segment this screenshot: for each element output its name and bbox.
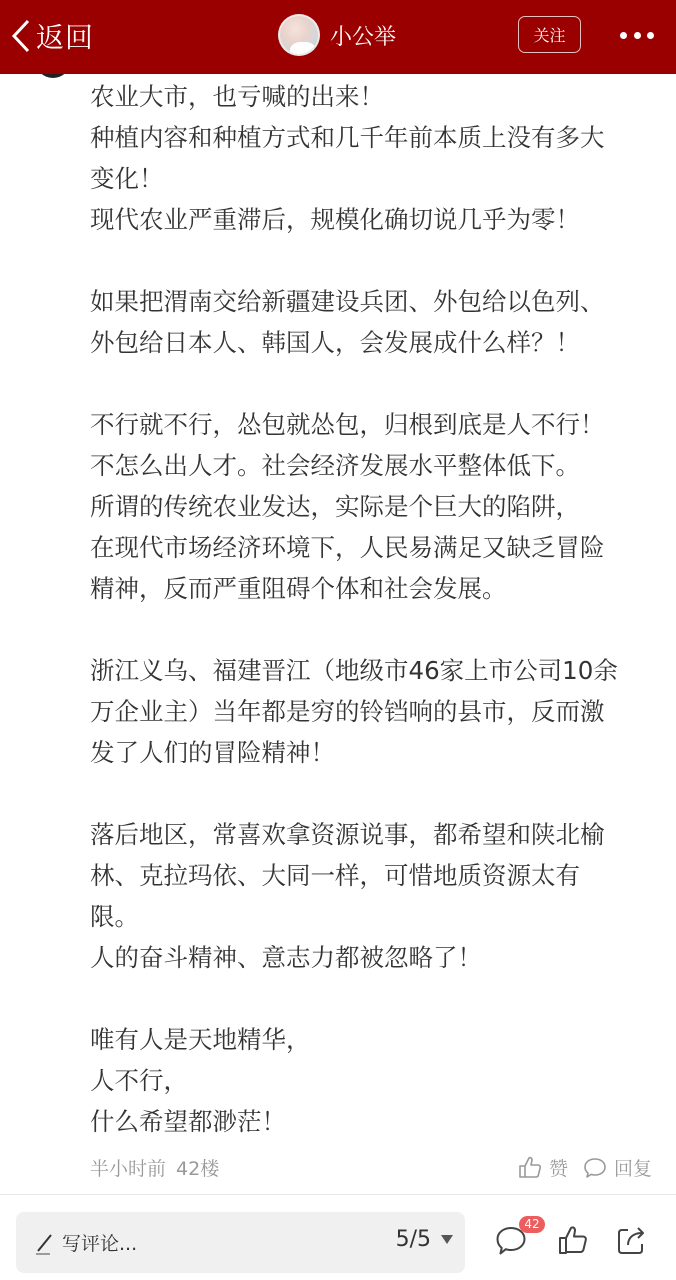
comment-paragraph: 浙江义乌、福建晋江（地级市46家上市公司10余 万企业主）当年都是穷的铃铛响的县… [90,650,650,773]
text-line: 所谓的传统农业发达，实际是个巨大的陷阱， [90,486,650,527]
comment-floor: 42楼 [176,1154,219,1181]
text-line: 限。 [90,896,650,937]
text-line: 万企业主）当年都是穷的铃铛响的县市，反而激 [90,691,650,732]
reply-button[interactable]: 回复 [582,1154,652,1181]
comment-body: 农业大市，也亏喊的出来！ 种植内容和种植方式和几千年前本质上没有多大 变化！ 现… [90,76,650,1142]
back-button[interactable]: 返回 [10,14,94,58]
text-line: 发了人们的冒险精神！ [90,732,650,773]
text-line: 种植内容和种植方式和几千年前本质上没有多大 [90,117,650,158]
follow-button[interactable]: 关注 [518,16,581,53]
thumbs-up-icon [556,1223,590,1257]
like-label: 赞 [549,1154,568,1181]
text-line: 精神，反而严重阻碍个体和社会发展。 [90,568,650,609]
reply-label: 回复 [614,1154,652,1181]
speech-bubble-icon [582,1154,608,1180]
write-comment-input[interactable]: 写评论... 5/5 [16,1212,465,1273]
text-line: 落后地区，常喜欢拿资源说事，都希望和陕北榆 [90,814,650,855]
comment-actions: 赞 回复 [517,1154,652,1181]
page-indicator-text: 5/5 [396,1227,431,1252]
top-navigation-bar: 返回 小公举 关注 [0,0,676,74]
like-button[interactable]: 赞 [517,1154,568,1181]
thumbs-up-icon [517,1154,543,1180]
text-line: 外包给日本人、韩国人，会发展成什么样？！ [90,322,650,363]
author-info[interactable]: 小公举 [278,14,396,56]
bottom-action-bar: 写评论... 5/5 [0,1195,676,1280]
text-line: 人的奋斗精神、意志力都被忽略了！ [90,937,650,978]
text-line: 如果把渭南交给新疆建设兵团、外包给以色列、 [90,281,650,322]
back-label: 返回 [36,16,94,56]
more-horizontal-icon-dot [620,32,627,39]
more-horizontal-icon-dot [647,32,654,39]
text-line: 在现代市场经济环境下，人民易满足又缺乏冒险 [90,527,650,568]
comment-meta: 半小时前 42楼 赞 回复 [90,1152,652,1182]
like-post-button[interactable] [556,1223,590,1257]
more-options-button[interactable] [620,24,654,46]
share-icon [614,1223,648,1257]
author-name[interactable]: 小公举 [330,20,396,51]
share-button[interactable] [614,1223,648,1257]
text-line: 农业大市，也亏喊的出来！ [90,76,650,117]
text-line: 人不行， [90,1060,650,1101]
pen-icon [34,1230,58,1256]
text-line: 浙江义乌、福建晋江（地级市46家上市公司10余 [90,650,650,691]
page-selector[interactable]: 5/5 [396,1227,453,1252]
text-line: 林、克拉玛依、大同一样，可惜地质资源太有 [90,855,650,896]
comment-placeholder: 写评论... [62,1229,137,1256]
text-line: 不行就不行，怂包就怂包，归根到底是人不行！ [90,404,650,445]
text-line: 不怎么出人才。社会经济发展水平整体低下。 [90,445,650,486]
comment-paragraph: 落后地区，常喜欢拿资源说事，都希望和陕北榆 林、克拉玛依、大同一样，可惜地质资源… [90,814,650,978]
comment-paragraph: 农业大市，也亏喊的出来！ 种植内容和种植方式和几千年前本质上没有多大 变化！ 现… [90,76,650,240]
chevron-left-icon [10,18,32,54]
author-avatar[interactable] [278,14,320,56]
text-line: 唯有人是天地精华， [90,1019,650,1060]
comment-count-badge: 42 [519,1216,545,1233]
comment-paragraph: 唯有人是天地精华， 人不行， 什么希望都渺茫！ [90,1019,650,1142]
comment-time: 半小时前 [90,1154,166,1181]
text-line: 变化！ [90,158,650,199]
text-line: 现代农业严重滞后，规模化确切说几乎为零！ [90,199,650,240]
comment-paragraph: 如果把渭南交给新疆建设兵团、外包给以色列、 外包给日本人、韩国人，会发展成什么样… [90,281,650,363]
caret-down-icon [441,1235,453,1244]
text-line: 什么希望都渺茫！ [90,1101,650,1142]
more-horizontal-icon-dot [634,32,641,39]
comment-paragraph: 不行就不行，怂包就怂包，归根到底是人不行！ 不怎么出人才。社会经济发展水平整体低… [90,404,650,609]
